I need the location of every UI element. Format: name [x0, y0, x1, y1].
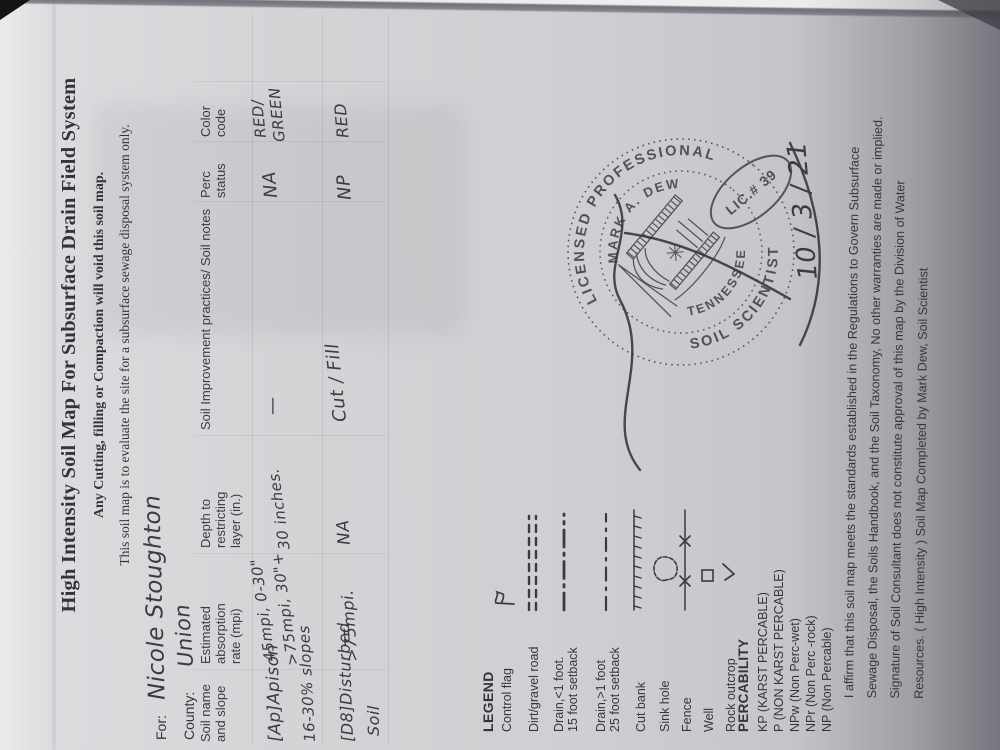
table-rule	[322, 14, 323, 744]
document-page: High Intensity Soil Map For Subsurface D…	[0, 0, 1000, 750]
legend-label-sink-hole: Sink hole	[658, 681, 672, 732]
percability-item-kp: KP (KARST PERCABLE)	[755, 592, 771, 732]
percability-item-npr: NPr (Non Perc -rock)	[803, 615, 819, 732]
legend-header: LEGEND	[480, 671, 496, 732]
row2-perc-status: NP	[333, 174, 356, 201]
col-header-depth: Depth to restricting layer (in.)	[198, 453, 243, 548]
table-rule	[194, 201, 386, 202]
fence-line-icon	[676, 507, 694, 612]
percability-item-np: NP (Non Percable)	[819, 627, 835, 732]
row2-color-code: RED	[331, 102, 353, 139]
dirt-gravel-road-icon	[524, 512, 542, 612]
legend-label-cut-bank: Cut bank	[634, 682, 648, 732]
drain-lt1-line-icon	[558, 512, 570, 612]
page-title: High Intensity Soil Map For Subsurface D…	[58, 0, 81, 695]
col-header-color: Color code	[198, 82, 228, 137]
table-rule	[194, 553, 386, 554]
percability-item-p: P (NON KARST PERCABLE)	[771, 569, 787, 732]
legend-label-well: Well	[702, 708, 716, 732]
row1-perc-status: NA	[259, 170, 282, 199]
col-header-absorption: Estimated absorption rate (mpi)	[198, 572, 243, 664]
county-label: County:	[181, 692, 197, 740]
for-value-handwriting: Nicole Stoughton	[139, 494, 170, 700]
row1-depth: 30 inches.	[264, 467, 293, 551]
row2-rate: >75mpi.	[337, 589, 361, 663]
for-label: For:	[153, 715, 169, 740]
legend-label-dirt-road: Dirt/gravel road	[527, 647, 541, 732]
row2-depth: NA	[333, 519, 355, 546]
row2-practices: Cut / Fill	[322, 342, 351, 423]
photo-frame: High Intensity Soil Map For Subsurface D…	[0, 0, 1000, 750]
row2-slope: Soil	[364, 705, 383, 736]
col-header-perc: Perc status	[198, 143, 228, 198]
legend-label-drain-gt1: Drain,>1 foot 25 foot setback	[594, 647, 622, 732]
title-purpose: This soil map is to evaluate the site fo…	[117, 0, 133, 695]
col-header-soil-name: Soil name and slope	[198, 670, 228, 742]
legend-label-control-flag: Control flag	[500, 668, 514, 732]
legend-label-drain-lt1: Drain,<1 foot. 15 foot setback	[552, 647, 580, 732]
percability-item-npw: NPw (Non Perc-wet)	[787, 618, 803, 732]
underlying-page-edge	[53, 0, 55, 750]
table-rule	[194, 435, 386, 436]
legend-label-fence: Fence	[680, 697, 694, 732]
title-warning: Any Cutting, filling or Compaction will …	[92, 0, 108, 695]
cut-bank-line-icon	[630, 507, 646, 612]
table-rule	[388, 14, 389, 744]
well-square-icon	[699, 564, 717, 584]
control-flag-icon	[492, 582, 516, 612]
drain-gt1-line-icon	[600, 512, 612, 612]
county-value-handwriting: Union	[170, 603, 198, 668]
table-rule	[194, 141, 386, 142]
percability-header: PERCABILITY	[736, 639, 751, 732]
row1-practices: —	[262, 397, 283, 416]
col-header-practices: Soil Improvement practices/ Soil notes	[198, 190, 213, 430]
affirmation-block: I affirm that this soil map meets the st…	[838, 38, 938, 699]
rock-outcrop-icon	[720, 558, 738, 584]
